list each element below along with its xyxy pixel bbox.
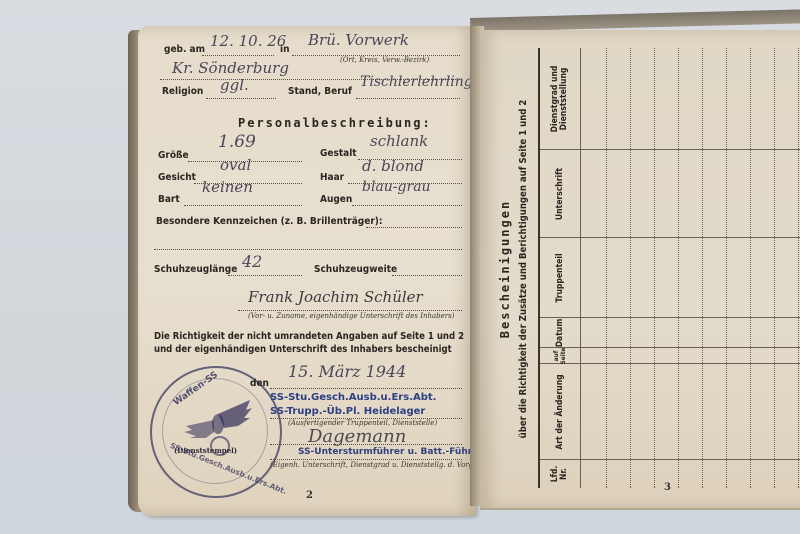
birth-place-hint: (Ort, Kreis, Verw.-Bezirk)	[340, 56, 429, 64]
table-row-line	[750, 48, 751, 488]
column-header: Datum	[556, 319, 565, 348]
page-number-right: 3	[664, 482, 671, 493]
special-marks-line	[366, 227, 462, 228]
birth-place-value-line2: Kr. Sönderburg	[172, 59, 289, 77]
shoe-length-label: Schuhzeuglänge	[154, 264, 237, 275]
description-heading: Personalbeschreibung:	[238, 116, 432, 130]
table-row-line	[726, 48, 727, 488]
book-cover-top-edge	[470, 9, 800, 32]
face-value: oval	[220, 156, 251, 174]
cert-date-value: 15. März 1944	[288, 362, 406, 381]
rotated-certifications-form: Bescheinigungen über die Richtigkeit der…	[480, 30, 800, 508]
column-header: Art der Änderung	[556, 374, 565, 449]
eyes-line	[352, 205, 462, 206]
shoe-length-line	[228, 275, 302, 276]
eyes-value: blau-grau	[362, 179, 431, 195]
face-label: Gesicht	[158, 172, 196, 183]
birth-date-value: 12. 10. 26	[210, 32, 286, 50]
holder-signature-line	[238, 310, 462, 311]
cert-date-label: den	[250, 378, 269, 389]
beard-line	[184, 205, 302, 206]
height-value: 1.69	[218, 132, 256, 152]
religion-value: ggl.	[220, 76, 249, 94]
holder-signature: Frank Joachim Schüler	[248, 288, 423, 306]
column-datum: Datum	[540, 317, 800, 348]
issuing-unit-line1: SS-Stu.Gesch.Ausb.u.Ers.Abt.	[270, 392, 436, 403]
occupation-label: Stand, Beruf	[288, 86, 352, 97]
shoe-width-line	[392, 275, 462, 276]
column-header: Truppenteil	[556, 253, 565, 302]
column-header: Dienstgrad und Dienststellung	[551, 48, 569, 150]
hair-value: d. blond	[362, 157, 424, 175]
cert-date-line	[270, 388, 462, 389]
holder-signature-hint: (Vor- u. Zuname, eigenhändige Unterschri…	[248, 312, 454, 320]
column-art: Art der Änderung	[540, 363, 800, 460]
birth-place-value: Brü. Vorwerk	[308, 31, 409, 49]
height-label: Größe	[158, 150, 189, 161]
birth-date-label: geb. am	[164, 44, 205, 55]
officer-rank-line	[270, 459, 462, 460]
table-row-line	[702, 48, 703, 488]
officer-signature-line	[270, 444, 462, 445]
religion-label: Religion	[162, 86, 203, 97]
officer-rank-stamp: SS-Untersturmführer u. Batt.-Führer	[298, 447, 483, 457]
certification-text: Die Richtigkeit der nicht umrandeten Ang…	[154, 330, 470, 356]
eyes-label: Augen	[320, 194, 352, 205]
table-row-line	[678, 48, 679, 488]
religion-line	[206, 98, 276, 99]
shoe-length-value: 42	[242, 252, 262, 271]
column-truppenteil: Truppenteil	[540, 237, 800, 318]
beard-value: keinen	[202, 178, 253, 196]
left-page: geb. am 12. 10. 26 in Brü. Vorwerk (Ort,…	[138, 26, 476, 516]
build-label: Gestalt	[320, 148, 357, 159]
special-marks-label: Besondere Kennzeichen (z. B. Brillenträg…	[156, 216, 382, 227]
certifications-table: Lfd. Nr. Art der Änderung auf Seite Datu…	[538, 48, 800, 488]
special-marks-line2	[154, 249, 462, 250]
issuing-unit-line2: SS-Trupp.-Üb.Pl. Heidelager	[270, 406, 425, 417]
column-unterschrift: Unterschrift	[540, 149, 800, 238]
occupation-value: Tischlerlehrling	[360, 74, 473, 90]
column-header: auf Seite	[553, 348, 567, 365]
beard-label: Bart	[158, 194, 180, 205]
hair-label: Haar	[320, 172, 344, 183]
occupation-line	[356, 98, 460, 99]
table-row-line	[654, 48, 655, 488]
table-row-line	[630, 48, 631, 488]
table-row-line	[774, 48, 775, 488]
table-row-line	[798, 48, 799, 488]
certifications-title: Bescheinigungen	[498, 30, 512, 508]
page-number-left: 2	[306, 490, 313, 501]
officer-signature-hint: (Eigenh. Unterschrift, Dienstgrad u. Die…	[270, 461, 486, 469]
column-header: Lfd. Nr.	[551, 460, 569, 488]
certifications-subtitle: über die Richtigkeit der Zusätze und Ber…	[518, 30, 529, 508]
shoe-width-label: Schuhzeugweite	[314, 264, 397, 275]
build-value: schlank	[370, 132, 428, 150]
table-row-line	[606, 48, 607, 488]
column-dienstgrad: Dienstgrad und Dienststellung	[540, 48, 800, 150]
birth-place-label: in	[280, 44, 290, 55]
column-header: Unterschrift	[556, 168, 565, 220]
column-seite: auf Seite	[540, 347, 800, 364]
right-page: Bescheinigungen über die Richtigkeit der…	[480, 30, 800, 510]
birth-date-line	[202, 55, 274, 56]
